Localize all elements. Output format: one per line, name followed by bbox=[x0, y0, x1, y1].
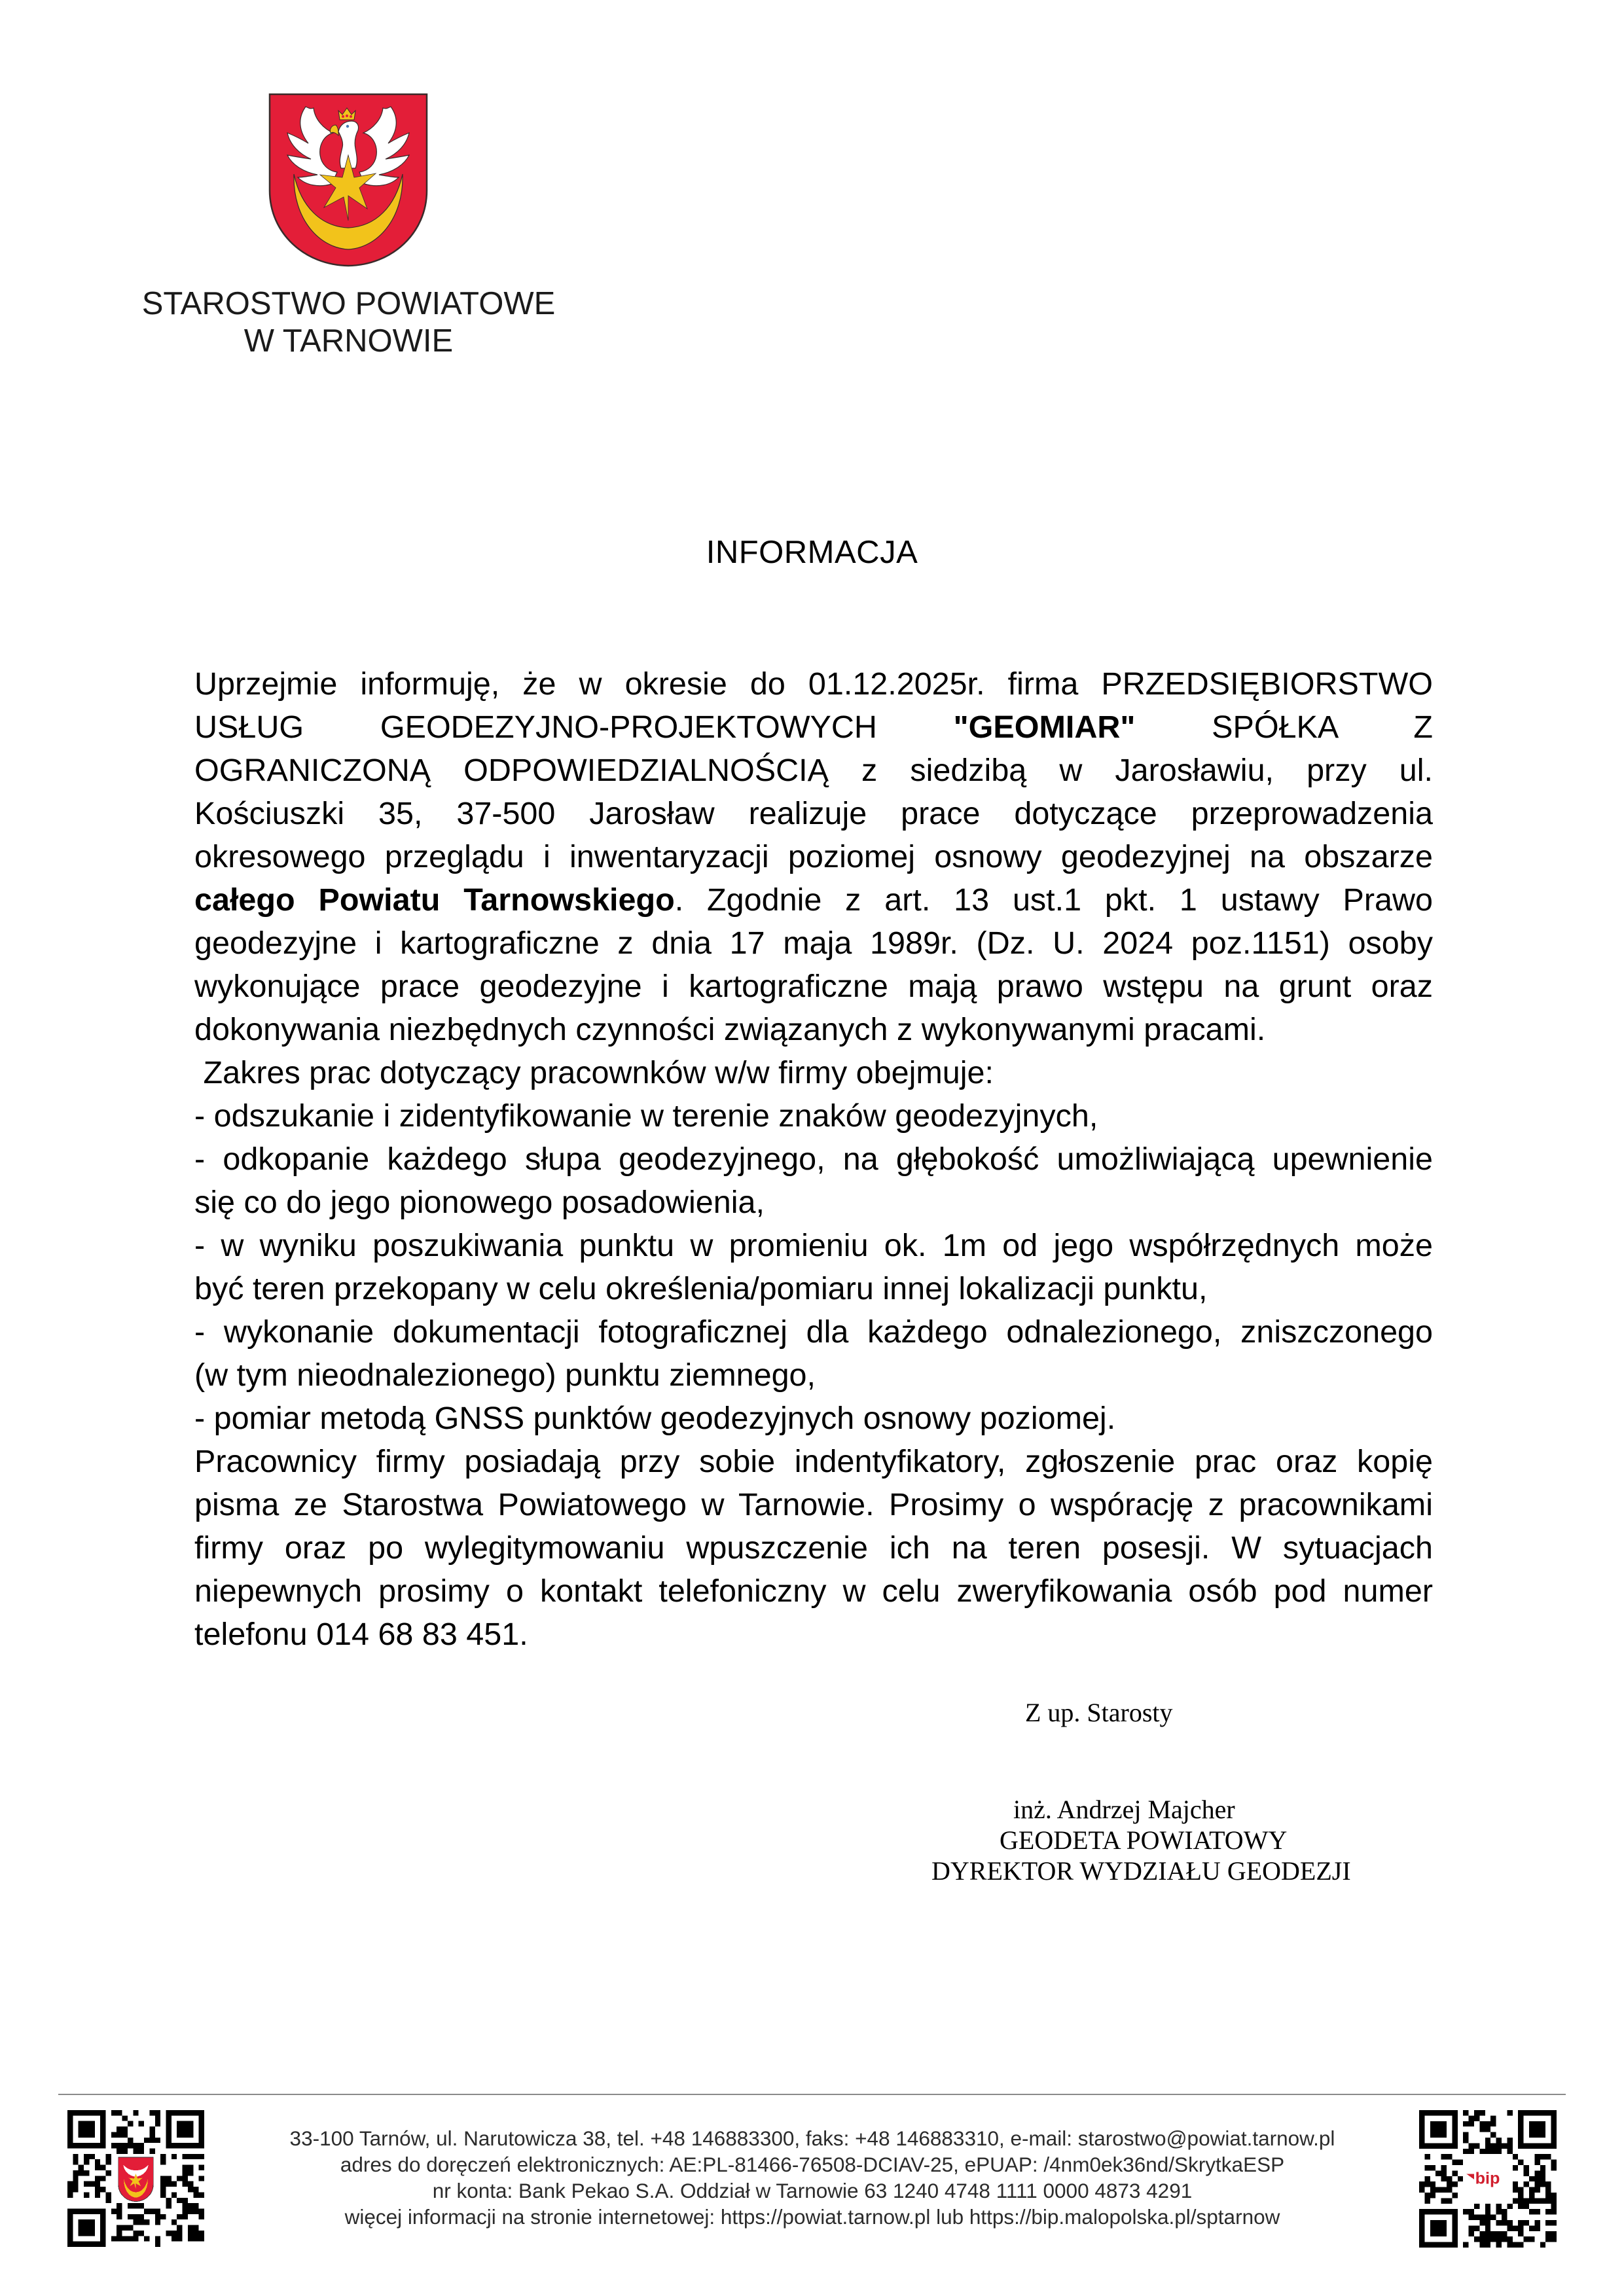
signatory-title: GEODETA POWIATOWY bbox=[1000, 1825, 1287, 1856]
body-line: niepewnych prosimy o kontakt telefoniczn… bbox=[194, 1570, 1433, 1613]
list-item: - odszukanie i zidentyfikowanie w tereni… bbox=[194, 1094, 1433, 1138]
footer-e-delivery: adres do doręczeń elektronicznych: AE:PL… bbox=[216, 2151, 1409, 2178]
document-body: Uprzejmie informuję, że w okresie do 01.… bbox=[194, 662, 1433, 1656]
list-item: - wykonanie dokumentacji fotograficznej … bbox=[194, 1310, 1433, 1354]
body-line: całego Powiatu Tarnowskiego. Zgodnie z a… bbox=[194, 878, 1433, 922]
footer-website: więcej informacji na stronie internetowe… bbox=[216, 2204, 1409, 2230]
org-name-line2: W TARNOWIE bbox=[98, 323, 599, 360]
body-line: Pracownicy firmy posiadają przy sobie in… bbox=[194, 1440, 1433, 1483]
company-name-bold: "GEOMIAR" bbox=[954, 709, 1136, 745]
svg-text:bip: bip bbox=[1475, 2170, 1500, 2188]
list-item-continued: (w tym nieodnalezionego) punktu ziemnego… bbox=[194, 1354, 1433, 1397]
body-line: dokonywania niezbędnych czynności związa… bbox=[194, 1008, 1433, 1051]
body-line: pisma ze Starostwa Powiatowego w Tarnowi… bbox=[194, 1483, 1433, 1526]
body-text: SPÓŁKA Z bbox=[1135, 709, 1433, 745]
org-name-line1: STAROSTWO POWIATOWE bbox=[98, 285, 599, 323]
body-text: . Zgodnie z art. 13 ust.1 pkt. 1 ustawy … bbox=[675, 882, 1433, 918]
signatory-department: DYREKTOR WYDZIAŁU GEODEZJI bbox=[931, 1856, 1351, 1886]
body-line: Zakres prac dotyczący pracownków w/w fir… bbox=[194, 1051, 1433, 1094]
footer-bank-account: nr konta: Bank Pekao S.A. Oddział w Tarn… bbox=[216, 2178, 1409, 2204]
body-line: firmy oraz po wylegitymowaniu wpuszczeni… bbox=[194, 1526, 1433, 1570]
qr-code-crest-icon[interactable] bbox=[67, 2110, 204, 2247]
body-line: wykonujące prace geodezyjne i kartografi… bbox=[194, 965, 1433, 1008]
list-item: - odkopanie każdego słupa geodezyjnego, … bbox=[194, 1138, 1433, 1181]
body-line: Uprzejmie informuję, że w okresie do 01.… bbox=[194, 662, 1433, 706]
list-item: - w wyniku poszukiwania punktu w promien… bbox=[194, 1224, 1433, 1267]
county-name-bold: całego Powiatu Tarnowskiego bbox=[194, 882, 675, 918]
document-title: INFORMACJA bbox=[0, 533, 1624, 572]
body-line: USŁUG GEODEZYJNO-PROJEKTOWYCH "GEOMIAR" … bbox=[194, 706, 1433, 749]
list-item-continued: być teren przekopany w celu określenia/p… bbox=[194, 1267, 1433, 1310]
body-text: USŁUG GEODEZYJNO-PROJEKTOWYCH bbox=[194, 709, 954, 745]
qr-code-bip-icon[interactable]: bip bbox=[1419, 2110, 1557, 2248]
list-item-continued: się co do jego pionowego posadowienia, bbox=[194, 1181, 1433, 1224]
signature-on-behalf: Z up. Starosty bbox=[1025, 1698, 1173, 1728]
crest-icon bbox=[268, 92, 429, 268]
body-line: telefonu 014 68 83 451. bbox=[194, 1613, 1433, 1656]
signatory-name: inż. Andrzej Majcher bbox=[1013, 1795, 1235, 1825]
footer-divider bbox=[58, 2094, 1566, 2095]
organization-name: STAROSTWO POWIATOWE W TARNOWIE bbox=[98, 285, 599, 360]
body-line: okresowego przeglądu i inwentaryzacji po… bbox=[194, 835, 1433, 878]
footer-address: 33-100 Tarnów, ul. Narutowicza 38, tel. … bbox=[216, 2125, 1409, 2151]
body-line: geodezyjne i kartograficzne z dnia 17 ma… bbox=[194, 922, 1433, 965]
list-item: - pomiar metodą GNSS punktów geodezyjnyc… bbox=[194, 1397, 1433, 1440]
body-line: OGRANICZONĄ ODPOWIEDZIALNOŚCIĄ z siedzib… bbox=[194, 749, 1433, 792]
body-line: Kościuszki 35, 37-500 Jarosław realizuje… bbox=[194, 792, 1433, 835]
footer-contact: 33-100 Tarnów, ul. Narutowicza 38, tel. … bbox=[216, 2125, 1409, 2230]
